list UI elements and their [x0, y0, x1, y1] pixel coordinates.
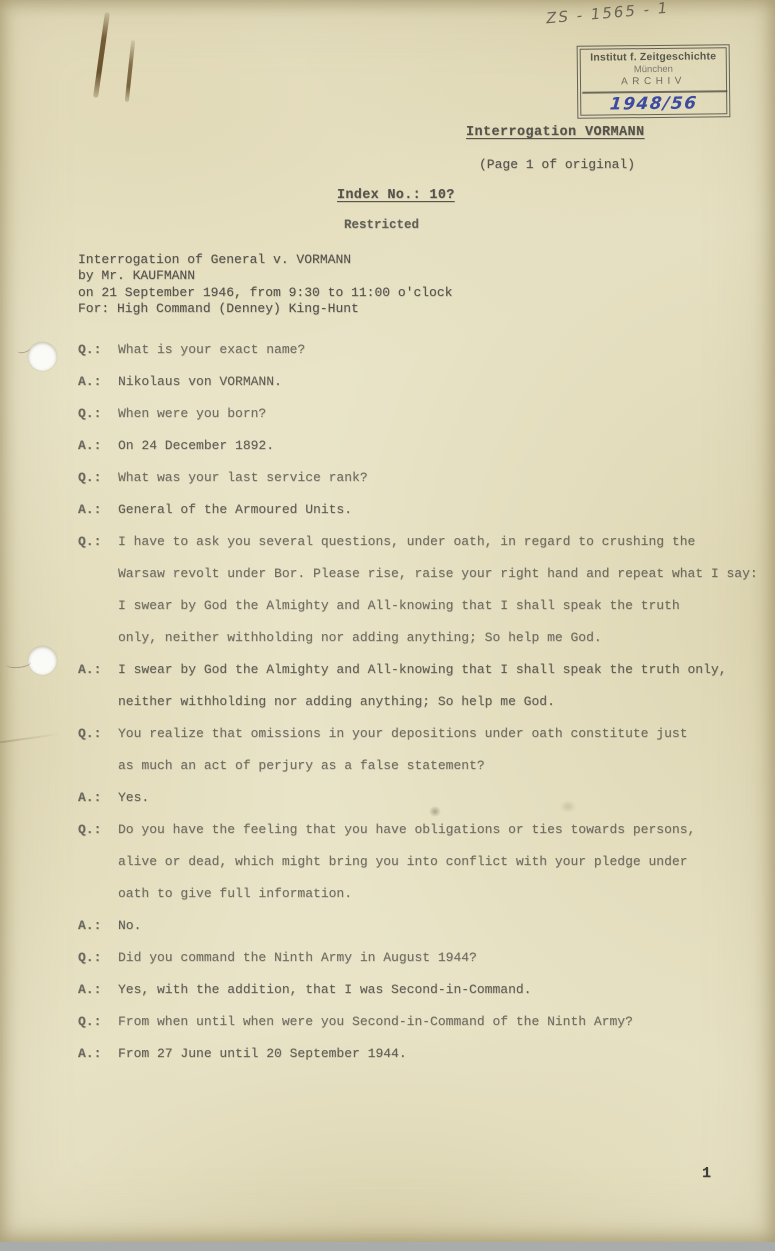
qa-speaker: Q.:: [78, 718, 101, 750]
stamp-institute-name: Institut f. Zeitgeschichte: [581, 50, 726, 64]
qa-speaker: A.:: [78, 654, 101, 686]
qa-line: On 24 December 1892.: [118, 430, 758, 462]
document-title: Interrogation VORMANN: [466, 125, 645, 140]
stamp-city: München: [581, 63, 726, 76]
qa-speaker: Q.:: [78, 334, 101, 366]
interrogation-meta: Interrogation of General v. VORMANN by M…: [78, 252, 452, 317]
page-number: 1: [702, 1165, 711, 1182]
page-note: (Page 1 of original): [479, 157, 635, 172]
qa-block: A.: Yes, with the addition, that I was S…: [78, 974, 758, 1006]
index-number: Index No.: 10?: [337, 188, 455, 203]
qa-line: What was your last service rank?: [118, 462, 758, 494]
qa-line: From when until when were you Second-in-…: [118, 1006, 758, 1038]
qa-line: alive or dead, which might bring you int…: [118, 846, 758, 878]
qa-line: From 27 June until 20 September 1944.: [118, 1038, 758, 1070]
qa-speaker: Q.:: [78, 1006, 101, 1038]
punch-hole: [28, 342, 57, 371]
qa-block: A.: Nikolaus von VORMANN.: [78, 366, 758, 398]
document-scan: ZS - 1565 - 1 Institut f. Zeitgeschichte…: [0, 0, 775, 1251]
qa-block: Q.: When were you born?: [78, 398, 758, 430]
qa-speaker: A.:: [78, 974, 101, 1006]
qa-block: Q.: What was your last service rank?: [78, 462, 758, 494]
qa-line: as much an act of perjury as a false sta…: [118, 750, 758, 782]
qa-line: neither withholding nor adding anything;…: [118, 686, 758, 718]
meta-line: on 21 September 1946, from 9:30 to 11:00…: [78, 285, 452, 301]
classification-label: Restricted: [344, 218, 419, 232]
qa-block: Q.: Did you command the Ninth Army in Au…: [78, 942, 758, 974]
qa-line: Warsaw revolt under Bor. Please rise, ra…: [118, 558, 758, 590]
qa-line: No.: [118, 910, 758, 942]
meta-line: by Mr. KAUFMANN: [78, 268, 452, 284]
qa-speaker: Q.:: [78, 814, 101, 846]
qa-line: I have to ask you several questions, und…: [118, 526, 758, 558]
qa-block: Q.: You realize that omissions in your d…: [78, 718, 758, 782]
stamp-archiv-label: ARCHIV: [581, 75, 726, 88]
qa-block: A.: Yes.: [78, 782, 758, 814]
qa-block: Q.: What is your exact name?: [78, 334, 758, 366]
qa-line: Do you have the feeling that you have ob…: [118, 814, 758, 846]
qa-block: A.: On 24 December 1892.: [78, 430, 758, 462]
qa-line: You realize that omissions in your depos…: [118, 718, 758, 750]
qa-line: I swear by God the Almighty and All-know…: [118, 654, 758, 686]
qa-speaker: Q.:: [78, 526, 101, 558]
qa-block: Q.: From when until when were you Second…: [78, 1006, 758, 1038]
ink-smudge: [427, 804, 443, 819]
qa-block: Q.: I have to ask you several questions,…: [78, 526, 758, 654]
qa-speaker: Q.:: [78, 942, 101, 974]
ink-smudge: [557, 798, 579, 815]
qa-block: Q.: Do you have the feeling that you hav…: [78, 814, 758, 910]
archive-stamp: Institut f. Zeitgeschichte München ARCHI…: [577, 44, 731, 119]
qa-line: General of the Armoured Units.: [118, 494, 758, 526]
punch-hole: [28, 646, 57, 675]
qa-line: Yes, with the addition, that I was Secon…: [118, 974, 758, 1006]
meta-line: For: High Command (Denney) King-Hunt: [78, 301, 452, 317]
qa-block: A.: General of the Armoured Units.: [78, 494, 758, 526]
stamp-handwritten-number: 1948/56: [580, 90, 727, 117]
qa-line: I swear by God the Almighty and All-know…: [118, 590, 758, 622]
qa-line: Did you command the Ninth Army in August…: [118, 942, 758, 974]
qa-block: A.: No.: [78, 910, 758, 942]
qa-speaker: Q.:: [78, 398, 101, 430]
qa-line: oath to give full information.: [118, 878, 758, 910]
qa-block: A.: I swear by God the Almighty and All-…: [78, 654, 758, 718]
qa-line: When were you born?: [118, 398, 758, 430]
qa-speaker: A.:: [78, 494, 101, 526]
qa-block: A.: From 27 June until 20 September 1944…: [78, 1038, 758, 1070]
qa-speaker: A.:: [78, 782, 101, 814]
qa-transcript: Q.: What is your exact name? A.: Nikolau…: [78, 334, 758, 1070]
qa-speaker: A.:: [78, 430, 101, 462]
qa-line: only, neither withholding nor adding any…: [118, 622, 758, 654]
archive-stamp-text: Institut f. Zeitgeschichte München ARCHI…: [581, 48, 726, 92]
qa-line: What is your exact name?: [118, 334, 758, 366]
qa-speaker: Q.:: [78, 462, 101, 494]
qa-speaker: A.:: [78, 366, 101, 398]
qa-speaker: A.:: [78, 910, 101, 942]
meta-line: Interrogation of General v. VORMANN: [78, 252, 452, 268]
qa-line: Nikolaus von VORMANN.: [118, 366, 758, 398]
qa-speaker: A.:: [78, 1038, 101, 1070]
